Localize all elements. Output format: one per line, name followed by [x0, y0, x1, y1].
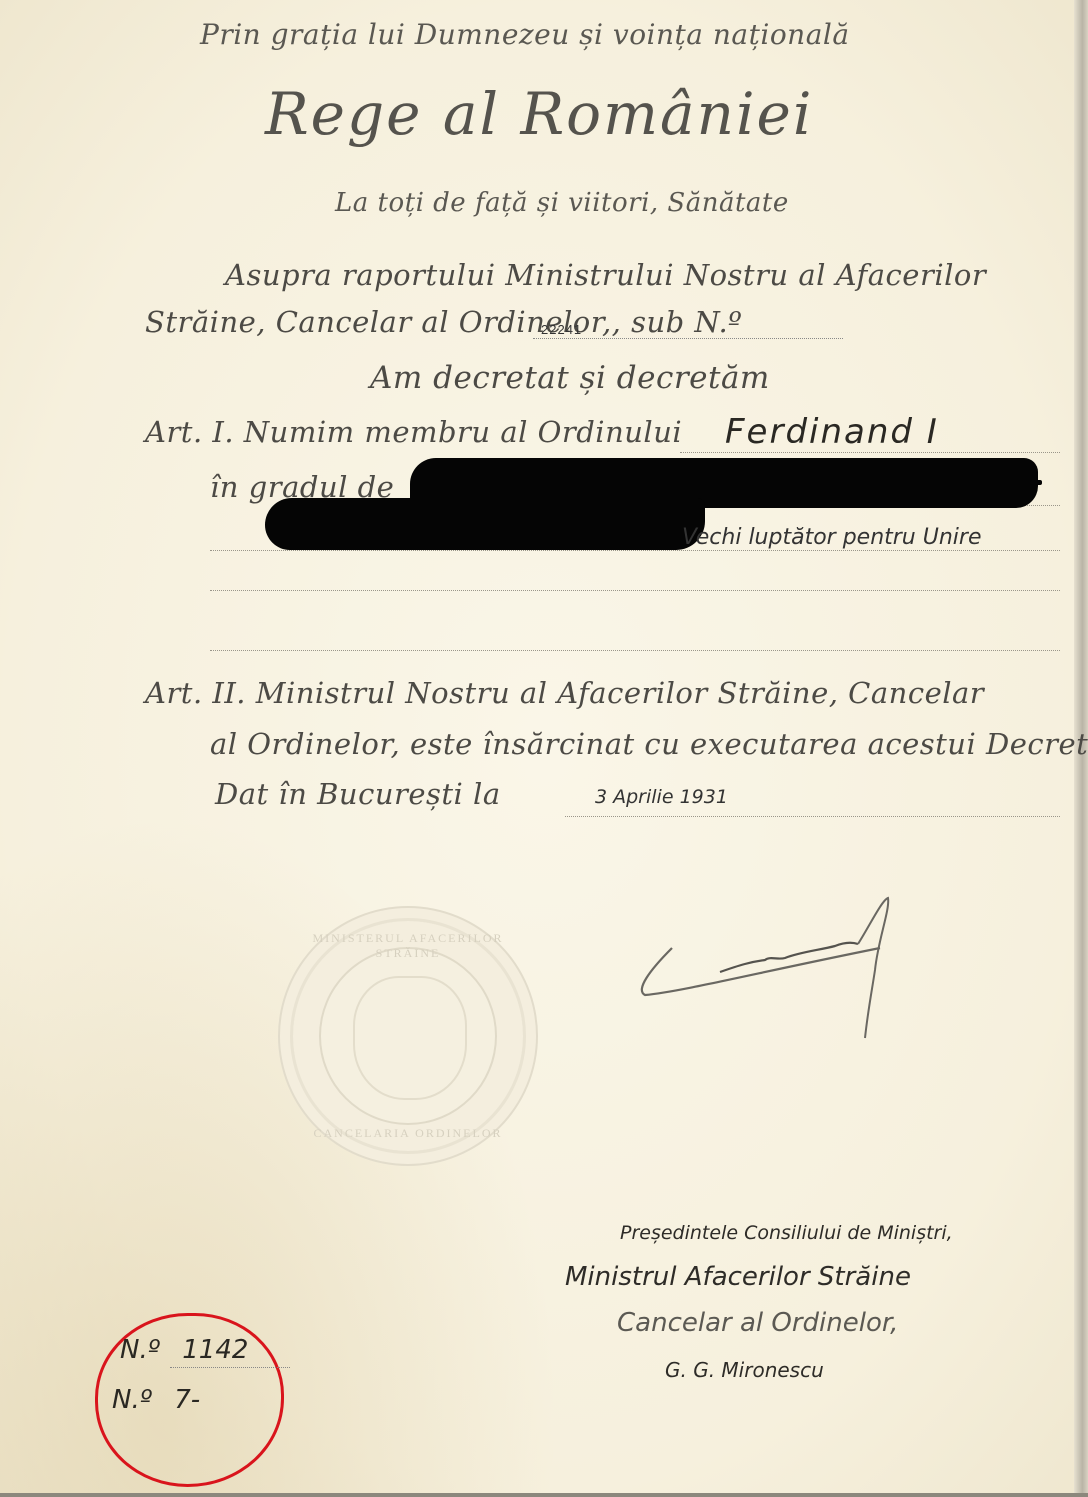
article-1-label: Art. I. Numim membru al Ordinului: [145, 415, 682, 449]
redaction-tail: [1030, 480, 1042, 485]
header-line: Prin grația lui Dumnezeu și voința națio…: [200, 18, 850, 51]
registry-value-2: 7-: [174, 1385, 200, 1415]
fill-line: [170, 1367, 290, 1368]
document-title: Rege al României: [265, 80, 813, 148]
fill-line: [680, 452, 1060, 453]
countersign-line-3: Cancelar al Ordinelor,: [617, 1308, 898, 1338]
seal-top-text: MINISTERUL AFACERILOR STRĂINE: [293, 931, 523, 961]
fill-line: [210, 650, 1060, 651]
registry-value-1: 1142: [182, 1335, 248, 1365]
minister-signature: G. G. Mironescu: [665, 1358, 824, 1382]
number-prefix: N.º: [120, 1335, 160, 1365]
decree-page: Prin grația lui Dumnezeu și voința națio…: [0, 0, 1088, 1497]
redaction-block: [265, 498, 705, 550]
order-name: Ferdinand I: [725, 412, 939, 452]
royal-signature: [620, 880, 940, 1040]
greeting: La toți de față și viitori, Sănătate: [335, 188, 789, 218]
date-label: Dat în București la: [215, 777, 501, 811]
date-value: 3 Aprilie 1931: [595, 786, 728, 808]
embossed-seal: MINISTERUL AFACERILOR STRĂINE CANCELARIA…: [290, 918, 526, 1154]
fill-line: [210, 590, 1060, 591]
fill-line: [565, 816, 1060, 817]
registry-number-1: N.º 1142: [120, 1335, 248, 1365]
article-2-line-2: al Ordinelor, este însărcinat cu executa…: [210, 727, 1088, 761]
registry-number-2: N.º 7-: [112, 1385, 200, 1415]
page-bottom-edge: [0, 1493, 1088, 1497]
countersign-line-2: Ministrul Afacerilor Străine: [565, 1262, 911, 1292]
report-number: 22241: [541, 322, 582, 337]
article-2-line-1: Art. II. Ministrul Nostru al Afacerilor …: [145, 676, 984, 710]
coat-of-arms-emboss: [353, 976, 467, 1100]
countersign-line-1: Președintele Consiliului de Miniștri,: [620, 1222, 953, 1244]
report-number-field: 22241: [533, 318, 843, 339]
fill-line: [210, 550, 1060, 551]
recipient-note: Vechi luptător pentru Unire: [682, 525, 981, 550]
seal-bottom-text: CANCELARIA ORDINELOR: [293, 1126, 523, 1141]
preamble-line-1: Asupra raportului Ministrului Nostru al …: [225, 258, 986, 292]
decree-phrase: Am decretat și decretăm: [370, 360, 770, 396]
number-prefix: N.º: [112, 1385, 152, 1415]
